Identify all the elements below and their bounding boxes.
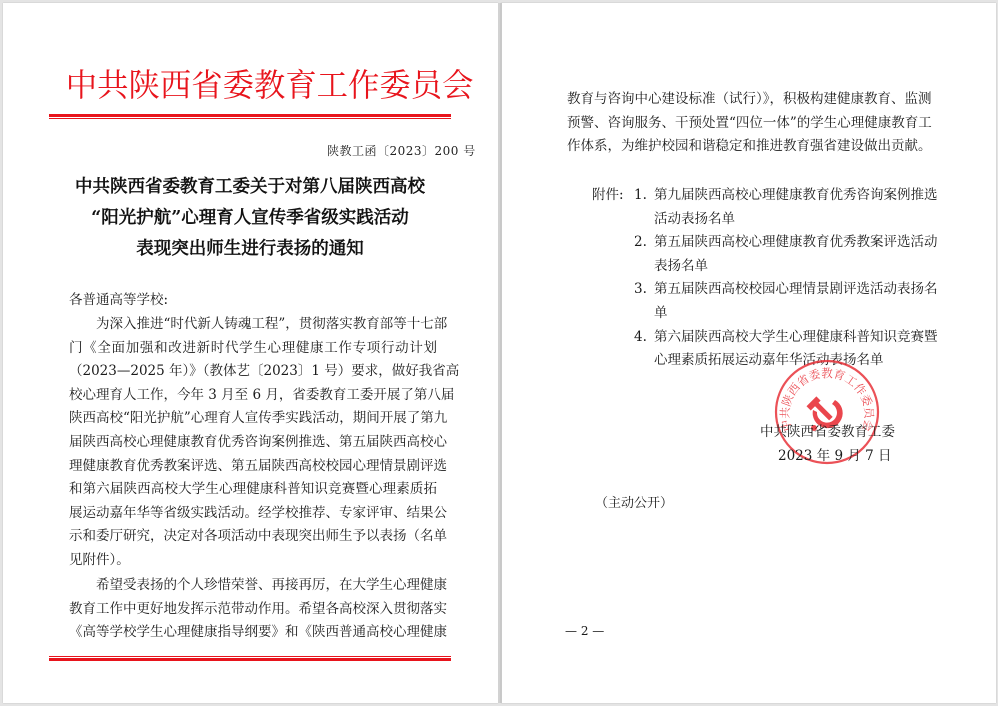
body-line: 作体系，为维护校园和谐稳定和推进教育强省建设做出贡献。 bbox=[567, 135, 935, 159]
body-line: （2023—2025 年）》（教体艺〔2023〕1 号）要求，做好我省高 bbox=[69, 360, 437, 384]
page-number: — 2 — bbox=[565, 624, 604, 638]
title-line: 中共陕西省委教育工委关于对第八届陕西高校 bbox=[40, 172, 460, 203]
title-line: 表现突出师生进行表扬的通知 bbox=[40, 234, 460, 265]
title-line: “阳光护航”心理育人宣传季省级实践活动 bbox=[40, 203, 460, 234]
attachment-text: 第九届陕西高校心理健康教育优秀咨询案例推选 bbox=[654, 184, 942, 208]
masthead-title: 中共陕西省委教育工作委员会 bbox=[66, 60, 438, 106]
attachments-list: 附件: 1. 第九届陕西高校心理健康教育优秀咨询案例推选 活动表扬名单 2. 第… bbox=[592, 184, 942, 373]
body-line: 见附件）。 bbox=[69, 549, 437, 573]
body-line: 理健康教育优秀教案评选、第五届陕西高校校园心理情景剧评选 bbox=[69, 455, 437, 479]
body-line: 校心理育人工作，今年 3 月至 6 月，省委教育工委开展了第八届 bbox=[69, 384, 437, 408]
body-line: 和第六届陕西高校大学生心理健康科普知识竞赛暨心理素质拓 bbox=[69, 478, 437, 502]
body-line: 《高等学校学生心理健康指导纲要》和《陕西普通高校心理健康 bbox=[69, 621, 437, 645]
attachment-text-cont: 活动表扬名单 bbox=[592, 208, 942, 232]
attachment-text-cont: 心理素质拓展运动嘉年华活动表扬名单 bbox=[592, 349, 942, 373]
body-line: 门《全面加强和改进新时代学生心理健康工作专项行动计划 bbox=[69, 337, 437, 361]
signer-name: 中共陕西省委教育工委 bbox=[760, 420, 895, 440]
body-line: 陕西高校“阳光护航”心理育人宣传季实践活动，期间开展了第九 bbox=[69, 407, 437, 431]
body-line: 教育与咨询中心建设标准（试行）》，积极构建健康教育、监测 bbox=[567, 88, 935, 112]
masthead-red-rule bbox=[49, 114, 451, 119]
attachment-item: 2. 第五届陕西高校心理健康教育优秀教案评选活动 bbox=[592, 231, 942, 255]
body-line: 示和委厅研究，决定对各项活动中表现突出师生予以表扬（名单 bbox=[69, 525, 437, 549]
attachment-text-cont: 表扬名单 bbox=[592, 255, 942, 279]
attachment-number: 2. bbox=[634, 231, 654, 255]
attachment-text: 第六届陕西高校大学生心理健康科普知识竞赛暨 bbox=[654, 326, 942, 350]
disclosure-note: （主动公开） bbox=[595, 492, 673, 511]
body-line: 希望受表扬的个人珍惜荣誉、再接再厉，在大学生心理健康 bbox=[69, 574, 437, 598]
attachment-text: 第五届陕西高校心理健康教育优秀教案评选活动 bbox=[654, 231, 942, 255]
salutation: 各普通高等学校: bbox=[69, 288, 168, 308]
continuation-paragraph: 教育与咨询中心建设标准（试行）》，积极构建健康教育、监测 预警、咨询服务、干预处… bbox=[567, 88, 935, 159]
attachment-item: 4. 第六届陕西高校大学生心理健康科普知识竞赛暨 bbox=[592, 326, 942, 350]
attachment-text: 第五届陕西高校校园心理情景剧评选活动表扬名单 bbox=[654, 278, 942, 325]
attachment-number: 4. bbox=[634, 326, 654, 350]
body-line: 预警、咨询服务、干预处置“四位一体”的学生心理健康教育工 bbox=[567, 112, 935, 136]
paragraph-1: 为深入推进“时代新人铸魂工程”，贯彻落实教育部等十七部 门《全面加强和改进新时代… bbox=[69, 313, 437, 573]
attachment-item: 3. 第五届陕西高校校园心理情景剧评选活动表扬名单 bbox=[592, 278, 942, 325]
body-line: 展运动嘉年华等省级实践活动。经学校推荐、专家评审、结果公 bbox=[69, 502, 437, 526]
body-line: 为深入推进“时代新人铸魂工程”，贯彻落实教育部等十七部 bbox=[69, 313, 437, 337]
attachment-item: 附件: 1. 第九届陕西高校心理健康教育优秀咨询案例推选 bbox=[592, 184, 942, 208]
document-title: 中共陕西省委教育工委关于对第八届陕西高校 “阳光护航”心理育人宣传季省级实践活动… bbox=[40, 172, 460, 265]
attachment-number: 1. bbox=[634, 184, 654, 208]
attachment-number: 3. bbox=[634, 278, 654, 325]
footer-red-rule bbox=[49, 656, 451, 661]
body-line: 教育工作中更好地发挥示范带动作用。希望各高校深入贯彻落实 bbox=[69, 598, 437, 622]
attachments-label: 附件: bbox=[592, 184, 634, 208]
body-line: 届陕西高校心理健康教育优秀咨询案例推选、第五届陕西高校心 bbox=[69, 431, 437, 455]
sign-date: 2023 年 9 月 7 日 bbox=[778, 444, 892, 464]
paragraph-2: 希望受表扬的个人珍惜荣誉、再接再厉，在大学生心理健康 教育工作中更好地发挥示范带… bbox=[69, 574, 437, 645]
document-number: 陕教工函〔2023〕200 号 bbox=[327, 142, 476, 159]
